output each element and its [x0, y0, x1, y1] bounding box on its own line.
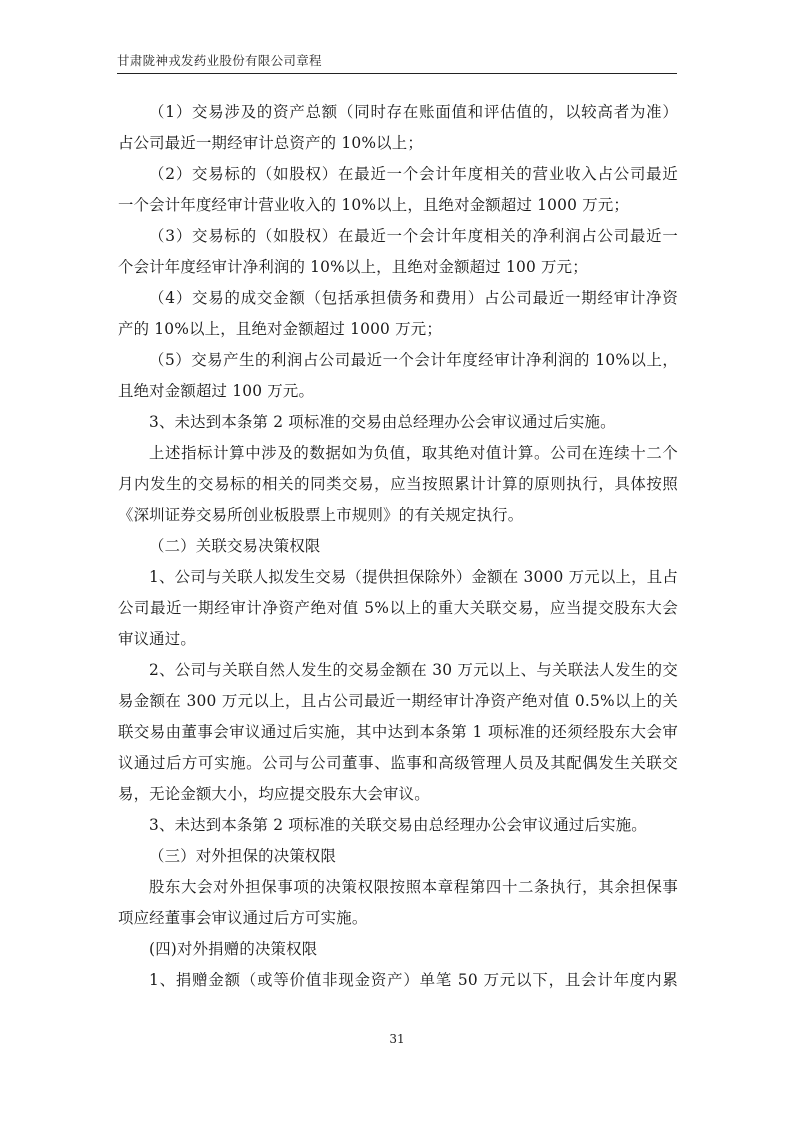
- text-line: 项应经董事会审议通过后方可实施。: [118, 903, 678, 934]
- text-line: 月内发生的交易标的相关的同类交易，应当按照累计计算的原则执行，具体按照: [118, 469, 678, 500]
- text-line: 上述指标计算中涉及的数据如为负值，取其绝对值计算。公司在连续十二个: [118, 438, 678, 469]
- text-line: 一个会计年度经审计营业收入的 10%以上，且绝对金额超过 1000 万元；: [118, 190, 678, 221]
- page-header: 甘肃陇神戎发药业股份有限公司章程: [117, 52, 677, 74]
- text-line: 3、未达到本条第 2 项标准的关联交易由总经理办公会审议通过后实施。: [118, 810, 678, 841]
- text-line: 审议通过。: [118, 624, 678, 655]
- text-line: 1、捐赠金额（或等价值非现金资产）单笔 50 万元以下，且会计年度内累: [118, 965, 678, 996]
- text-line: 个会计年度经审计净利润的 10%以上，且绝对金额超过 100 万元；: [118, 252, 678, 283]
- text-line: 3、未达到本条第 2 项标准的交易由总经理办公会审议通过后实施。: [118, 407, 678, 438]
- text-line: （1）交易涉及的资产总额（同时存在账面值和评估值的，以较高者为准）: [118, 97, 678, 128]
- text-line: 议通过后方可实施。公司与公司董事、监事和高级管理人员及其配偶发生关联交: [118, 748, 678, 779]
- text-line: 《深圳证券交易所创业板股票上市规则》的有关规定执行。: [118, 500, 678, 531]
- text-line: 2、公司与关联自然人发生的交易金额在 30 万元以上、与关联法人发生的交: [118, 655, 678, 686]
- text-line: 产的 10%以上，且绝对金额超过 1000 万元；: [118, 314, 678, 345]
- text-line: 易金额在 300 万元以上，且占公司最近一期经审计净资产绝对值 0.5%以上的关: [118, 686, 678, 717]
- text-line: 占公司最近一期经审计总资产的 10%以上；: [118, 128, 678, 159]
- page-number: 31: [0, 1032, 794, 1046]
- section-heading: (四)对外捐赠的决策权限: [118, 934, 678, 965]
- document-title: 甘肃陇神戎发药业股份有限公司章程: [117, 52, 677, 70]
- text-line: （3）交易标的（如股权）在最近一个会计年度相关的净利润占公司最近一: [118, 221, 678, 252]
- text-line: （5）交易产生的利润占公司最近一个会计年度经审计净利润的 10%以上，: [118, 345, 678, 376]
- section-heading: （二）关联交易决策权限: [118, 531, 678, 562]
- text-line: 联交易由董事会审议通过后实施，其中达到本条第 1 项标准的还须经股东大会审: [118, 717, 678, 748]
- text-line: （4）交易的成交金额（包括承担债务和费用）占公司最近一期经审计净资: [118, 283, 678, 314]
- text-line: 易，无论金额大小，均应提交股东大会审议。: [118, 779, 678, 810]
- text-line: 股东大会对外担保事项的决策权限按照本章程第四十二条执行，其余担保事: [118, 872, 678, 903]
- text-line: 且绝对金额超过 100 万元。: [118, 376, 678, 407]
- section-heading: （三）对外担保的决策权限: [118, 841, 678, 872]
- text-line: 公司最近一期经审计净资产绝对值 5%以上的重大关联交易，应当提交股东大会: [118, 593, 678, 624]
- document-body: （1）交易涉及的资产总额（同时存在账面值和评估值的，以较高者为准） 占公司最近一…: [118, 97, 678, 996]
- text-line: （2）交易标的（如股权）在最近一个会计年度相关的营业收入占公司最近: [118, 159, 678, 190]
- text-line: 1、公司与关联人拟发生交易（提供担保除外）金额在 3000 万元以上，且占: [118, 562, 678, 593]
